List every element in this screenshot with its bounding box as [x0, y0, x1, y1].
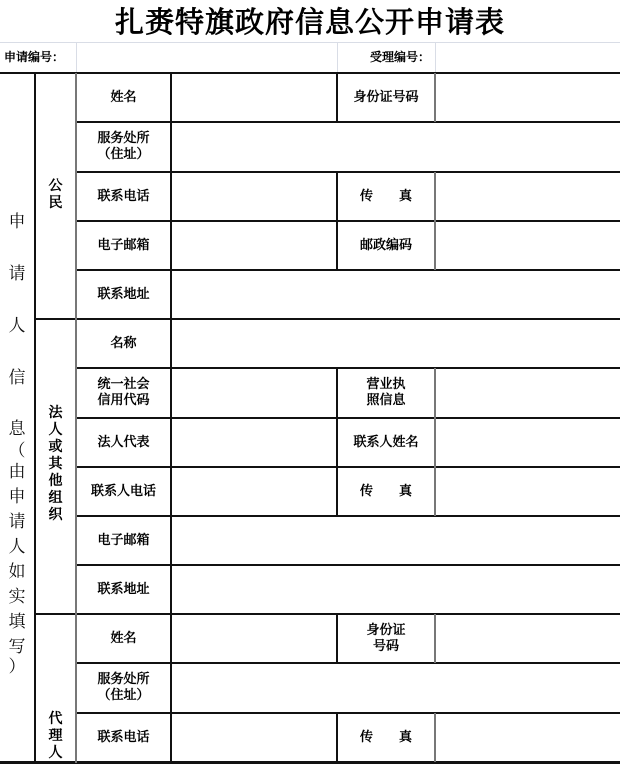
section-char: （	[9, 442, 26, 460]
agent-group-label: 代 理 人	[36, 711, 75, 762]
agent-fax-label: 传 真	[338, 714, 434, 761]
section-char: 申	[9, 485, 26, 510]
section-char: 信	[9, 365, 26, 391]
section-char: ）	[9, 660, 26, 674]
group-char: 代	[49, 711, 63, 728]
org-fax-label: 传 真	[338, 468, 434, 515]
org-address-field[interactable]	[172, 566, 620, 613]
label-line: 统一社会	[97, 377, 149, 393]
group-char: 理	[49, 728, 63, 745]
section-char: 请	[9, 510, 26, 535]
org-email-field[interactable]	[172, 517, 620, 564]
citizen-workplace-field[interactable]	[172, 123, 620, 171]
agent-phone-label: 联系电话	[77, 714, 170, 761]
agent-id-label: 身份证 号码	[338, 615, 434, 662]
section-char: 人	[9, 535, 26, 560]
citizen-name-field[interactable]	[172, 74, 336, 121]
label-line: 信用代码	[97, 393, 149, 409]
citizen-phone-field[interactable]	[172, 173, 336, 220]
org-contact-name-field[interactable]	[436, 419, 620, 466]
label-line: 号码	[373, 639, 399, 655]
citizen-id-label: 身份证号码	[338, 74, 434, 121]
org-license-field[interactable]	[436, 369, 620, 417]
group-char: 或	[49, 439, 63, 456]
group-char: 民	[49, 195, 63, 212]
section-char: 实	[9, 585, 26, 610]
section-char: 如	[9, 560, 26, 585]
label-line: 服务处所	[97, 131, 149, 147]
applicant-info-section-label: 申 请 人 信 息 （ 由 申 请 人 如 实 填 写 ）	[0, 73, 34, 762]
group-char: 人	[49, 422, 63, 439]
citizen-group-label: 公 民	[36, 178, 75, 212]
org-contact-phone-field[interactable]	[172, 468, 336, 515]
section-char: 请	[9, 261, 26, 287]
group-char: 法	[49, 405, 63, 422]
agent-name-label: 姓名	[77, 615, 170, 662]
group-char: 他	[49, 473, 63, 490]
label-line: 服务处所	[97, 672, 149, 688]
citizen-postcode-field[interactable]	[436, 222, 620, 269]
agent-workplace-label: 服务处所 （住址）	[77, 664, 170, 712]
org-license-label: 营业执 照信息	[338, 369, 434, 417]
org-fax-field[interactable]	[436, 468, 620, 515]
label-line: （住址）	[97, 147, 149, 163]
org-credit-code-field[interactable]	[172, 369, 336, 417]
org-legal-rep-label: 法人代表	[77, 419, 170, 466]
citizen-fax-field[interactable]	[436, 173, 620, 220]
org-contact-name-label: 联系人姓名	[338, 419, 434, 466]
citizen-fax-label: 传 真	[338, 173, 434, 220]
citizen-workplace-label: 服务处所 （住址）	[77, 123, 170, 171]
organization-group-label: 法 人 或 其 他 组 织	[36, 405, 75, 524]
org-address-label: 联系地址	[77, 566, 170, 613]
org-credit-code-label: 统一社会 信用代码	[77, 369, 170, 417]
agent-id-field[interactable]	[436, 615, 620, 662]
application-no-field[interactable]	[77, 43, 336, 73]
citizen-email-label: 电子邮箱	[77, 222, 170, 269]
org-name-field[interactable]	[172, 320, 620, 367]
group-char: 公	[49, 178, 63, 195]
section-char: 由	[9, 460, 26, 485]
citizen-email-field[interactable]	[172, 222, 336, 269]
label-line: 营业执	[366, 377, 405, 393]
agent-phone-field[interactable]	[172, 714, 336, 761]
acceptance-no-label: 受理编号：	[338, 42, 430, 73]
application-no-label: 申请编号：	[4, 42, 76, 73]
citizen-id-field[interactable]	[436, 74, 620, 121]
org-legal-rep-field[interactable]	[172, 419, 336, 466]
group-char: 组	[49, 490, 63, 507]
section-char: 申	[9, 209, 26, 235]
agent-fax-field[interactable]	[436, 714, 620, 761]
group-char: 织	[49, 507, 63, 524]
org-email-label: 电子邮箱	[77, 517, 170, 564]
form-title: 扎赉特旗政府信息公开申请表	[0, 0, 620, 42]
label-line: 照信息	[366, 393, 405, 409]
agent-name-field[interactable]	[172, 615, 336, 662]
citizen-phone-label: 联系电话	[77, 173, 170, 220]
org-contact-phone-label: 联系人电话	[77, 468, 170, 515]
citizen-name-label: 姓名	[77, 74, 170, 121]
org-name-label: 名称	[77, 320, 170, 367]
label-line: （住址）	[97, 688, 149, 704]
group-char: 其	[49, 456, 63, 473]
section-char: 息	[9, 417, 26, 442]
acceptance-no-field[interactable]	[436, 43, 620, 73]
citizen-address-field[interactable]	[172, 271, 620, 318]
section-char: 人	[9, 313, 26, 339]
section-char: 填	[9, 610, 26, 635]
label-line: 身份证	[366, 623, 405, 639]
citizen-postcode-label: 邮政编码	[338, 222, 434, 269]
agent-workplace-field[interactable]	[172, 664, 620, 712]
group-char: 人	[49, 745, 63, 762]
citizen-address-label: 联系地址	[77, 271, 170, 318]
